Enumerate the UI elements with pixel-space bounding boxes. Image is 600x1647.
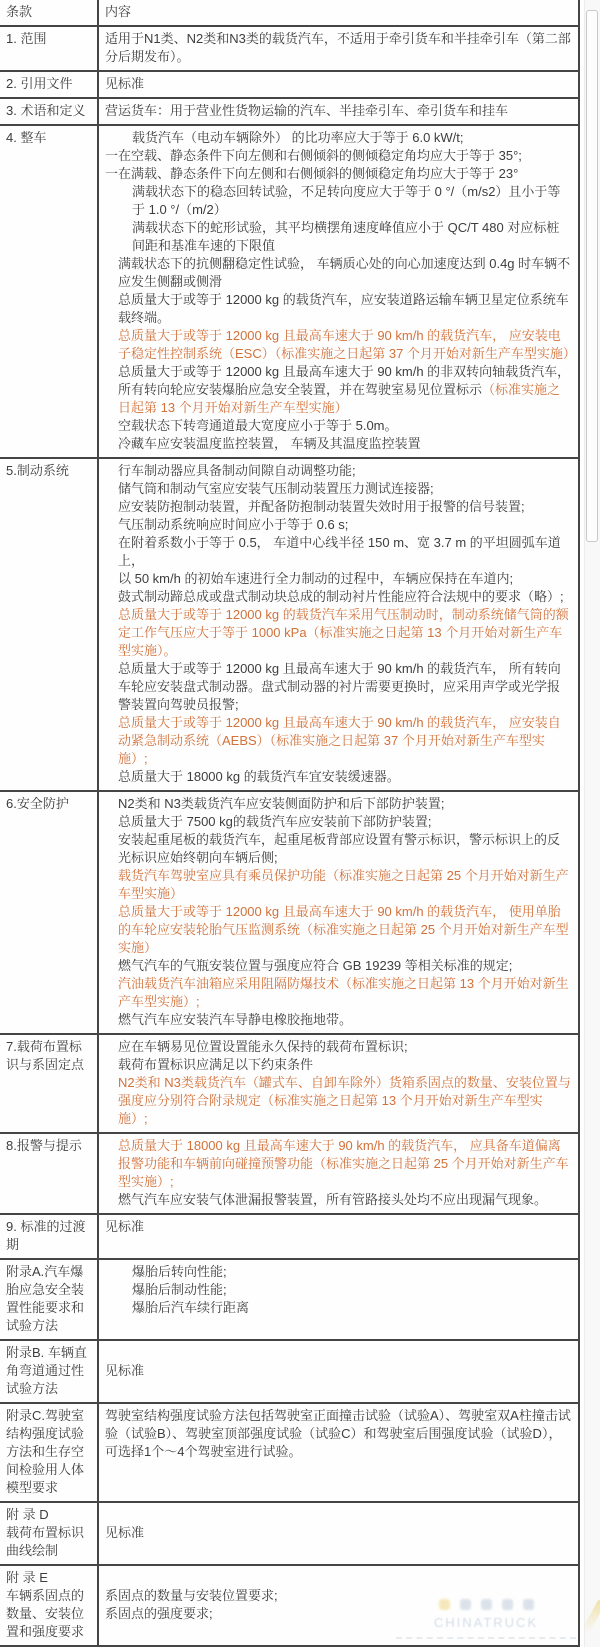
content-line: 驾驶室结构强度试验方法包括驾驶室正面撞击试验（试验A）、驾驶室双A柱撞击试验（试… [105,1407,572,1461]
clause-line: 附 录 E [6,1569,91,1587]
text-segment: 见标准 [105,1363,144,1378]
content-line: 在附着系数小于等于 0.5， 车道中心线半径 150 m、宽 3.7 m 的平坦… [105,534,572,570]
text-segment: 燃气汽车应安装汽车导静电橡胶拖地带。 [118,1012,352,1027]
content-cell: 见标准 [98,1340,579,1403]
header-clause-cell: 条款 [0,0,98,26]
content-line: 鼓式制动蹄总成或盘式制动块总成的制动衬片性能应符合法规中的要求（略）; [105,588,572,606]
content-line: 冷藏车应安装温度监控装置， 车辆及其温度监控装置 [105,435,572,453]
content-line: 燃气汽车应安装汽车导静电橡胶拖地带。 [105,1011,572,1029]
content-line: 载货汽车驾驶室应具有乘员保护功能（标准实施之日起第 25 个月开始对新生产车型实… [105,867,572,903]
clause-line: 载荷布置标识曲线绘制 [6,1524,91,1560]
content-cell: 应在车辆易见位置设置能永久保持的载荷布置标识;载荷布置标识应满足以下约束条件N2… [98,1034,579,1133]
text-segment: 载货汽车驾驶室应具有乘员保护功能（标准实施之日起第 25 个月开始对新生产车型实… [118,868,569,901]
content-line: 总质量大于或等于 12000 kg 且最高车速大于 90 km/h 的载货汽车，… [105,327,572,363]
text-segment: 总质量大于或等于 12000 kg 且最高车速大于 90 km/h 的载货汽车，… [118,904,569,955]
content-line: 总质量大于或等于 12000 kg 的载货汽车采用气压制动时，制动系统储气筒的额… [105,606,572,660]
text-segment: 行车制动器应具备制动间隙自动调整功能; [118,463,356,478]
content-line: 总质量大于或等于 12000 kg 且最高车速大于 90 km/h 的载货汽车，… [105,903,572,957]
content-line: 总质量大于或等于 12000 kg 且最高车速大于 90 km/h 的非双转向轴… [105,363,572,417]
content-line: 见标准 [105,1524,572,1542]
clause-line: 附录B. 车辆直角弯道通过性试验方法 [6,1344,91,1398]
table-row: 2. 引用文件见标准 [0,71,579,98]
clause-line: 9. 标准的过渡期 [6,1218,91,1254]
text-segment: 载荷布置标识应满足以下约束条件 [118,1057,313,1072]
content-cell: 适用于N1类、N2类和N3类的载货汽车，不适用于牵引货车和半挂牵引车（第二部分后… [98,26,579,71]
content-line: 载货汽车（电动车辆除外） 的比功率应大于等于 6.0 kW/t; [105,129,572,147]
content-line: 系固点的强度要求; [105,1605,572,1623]
content-line: 安装起重尾板的载货汽车，起重尾板背部应设置有警示标识，警示标识上的反光标识应始终… [105,831,572,867]
content-line: 总质量大于或等于 12000 kg 且最高车速大于 90 km/h 的载货汽车，… [105,660,572,714]
content-cell: 总质量大于 18000 kg 且最高车速大于 90 km/h 的载货汽车， 应具… [98,1133,579,1214]
clause-cell: 1. 范围 [0,26,98,71]
clause-line: 车辆系固点的数量、安装位置和强度要求 [6,1587,91,1641]
clause-line: 附录C.驾驶室结构强度试验方法和生存空间检验用人体模型要求 [6,1407,91,1497]
content-cell: 见标准 [98,1214,579,1259]
text-segment: 总质量大于 7500 kg的载货汽车应安装前下部防护装置; [118,814,432,829]
content-line: 应安装防抱制动装置，并配备防抱制动装置失效时用于报警的信号装置; [105,498,572,516]
text-segment: 系固点的强度要求; [105,1606,213,1621]
content-line: 适用于N1类、N2类和N3类的载货汽车，不适用于牵引货车和半挂牵引车（第二部分后… [105,30,572,66]
text-segment: 见标准 [105,1525,144,1540]
clause-line: 3. 术语和定义 [6,102,91,120]
content-cell: 见标准 [98,1502,579,1565]
text-segment: 空载状态下转弯通道最大宽度应小于等于 5.0m。 [118,418,398,433]
table-row: 附录B. 车辆直角弯道通过性试验方法见标准 [0,1340,579,1403]
content-line: 满载状态下的稳态回转试验，不足转向度应大于等于 0 °/（m/s2）且小于等于 … [105,183,572,219]
text-segment: 鼓式制动蹄总成或盘式制动块总成的制动衬片性能应符合法规中的要求（略）; [118,589,564,604]
table-row: 8.报警与提示总质量大于 18000 kg 且最高车速大于 90 km/h 的载… [0,1133,579,1214]
table-row: 5.制动系统行车制动器应具备制动间隙自动调整功能;储气筒和制动气室应安装气压制动… [0,458,579,791]
content-line: 一在满载、静态条件下向左侧和右侧倾斜的侧倾稳定角均应大于等于 23° [105,165,572,183]
content-cell: 营运货车：用于营业性货物运输的汽车、半挂牵引车、牵引货车和挂车 [98,98,579,125]
content-line: 燃气汽车的气瓶安装位置与强度应符合 GB 19239 等相关标准的规定; [105,957,572,975]
content-line: 见标准 [105,1218,572,1236]
content-cell: 行车制动器应具备制动间隙自动调整功能;储气筒和制动气室应安装气压制动装置压力测试… [98,458,579,791]
content-line: 系固点的数量与安装位置要求; [105,1587,572,1605]
text-segment: 系固点的数量与安装位置要求; [105,1588,278,1603]
text-segment: 汽油载货汽车油箱应采用阻隔防爆技术（标准实施之日起第 13 个月开始对新生产车型… [118,976,569,1009]
text-segment: 适用于N1类、N2类和N3类的载货汽车，不适用于牵引货车和半挂牵引车（第二部分后… [105,31,571,64]
content-cell: 驾驶室结构强度试验方法包括驾驶室正面撞击试验（试验A）、驾驶室双A柱撞击试验（试… [98,1403,579,1502]
content-cell: N2类和 N3类载货汽车应安装侧面防护和后下部防护装置;总质量大于 7500 k… [98,791,579,1034]
clause-cell: 5.制动系统 [0,458,98,791]
text-segment: 满载状态下的抗侧翻稳定性试验， 车辆质心处的向心加速度达到 0.4g 时车辆不应… [118,256,570,289]
text-segment: 安装起重尾板的载货汽车，起重尾板背部应设置有警示标识，警示标识上的反光标识应始终… [118,832,560,865]
text-segment: 总质量大于或等于 12000 kg 的载货汽车采用气压制动时，制动系统储气筒的额… [118,607,569,658]
content-line: 空载状态下转弯通道最大宽度应小于等于 5.0m。 [105,417,572,435]
content-line: 应在车辆易见位置设置能永久保持的载荷布置标识; [105,1038,572,1056]
content-line: 总质量大于 18000 kg 且最高车速大于 90 km/h 的载货汽车， 应具… [105,1137,572,1191]
content-cell: 载货汽车（电动车辆除外） 的比功率应大于等于 6.0 kW/t;一在空载、静态条… [98,125,579,458]
content-line: 爆胎后制动性能; [105,1281,572,1299]
clause-cell: 附录B. 车辆直角弯道通过性试验方法 [0,1340,98,1403]
text-segment: 爆胎后转向性能; [132,1264,227,1279]
text-segment: 应在车辆易见位置设置能永久保持的载荷布置标识; [118,1039,408,1054]
spec-table: 条款 内容 1. 范围适用于N1类、N2类和N3类的载货汽车，不适用于牵引货车和… [0,0,580,1647]
content-line: 爆胎后汽车续行距离 [105,1299,572,1317]
content-line: 见标准 [105,1362,572,1380]
text-segment: N2类和 N3类载货汽车应安装侧面防护和后下部防护装置; [118,796,444,811]
table-row: 附录A.汽车爆胎应急安全装置性能要求和试验方法爆胎后转向性能;爆胎后制动性能;爆… [0,1259,579,1340]
content-line: 爆胎后转向性能; [105,1263,572,1281]
clause-cell: 2. 引用文件 [0,71,98,98]
text-segment: 冷藏车应安装温度监控装置， 车辆及其温度监控装置 [118,436,421,451]
clause-line: 7.载荷布置标识与系固定点 [6,1038,91,1074]
content-line: N2类和 N3类载货汽车（罐式车、自卸车除外）货箱系固点的数量、安装位置与强度应… [105,1074,572,1128]
content-line: 满载状态下的抗侧翻稳定性试验， 车辆质心处的向心加速度达到 0.4g 时车辆不应… [105,255,572,291]
content-cell: 系固点的数量与安装位置要求;系固点的强度要求; [98,1565,579,1646]
clause-cell: 6.安全防护 [0,791,98,1034]
clause-cell: 8.报警与提示 [0,1133,98,1214]
text-segment: 总质量大于或等于 12000 kg 且最高车速大于 90 km/h 的载货汽车，… [118,715,561,766]
content-line: 一在空载、静态条件下向左侧和右侧倾斜的侧倾稳定角均应大于等于 35°; [105,147,572,165]
content-line: 总质量大于 18000 kg 的载货汽车宜安装缓速器。 [105,768,572,786]
content-line: 满载状态下的蛇形试验，其平均横摆角速度峰值应小于 QC/T 480 对应标桩间距… [105,219,572,255]
clause-cell: 附录C.驾驶室结构强度试验方法和生存空间检验用人体模型要求 [0,1403,98,1502]
clause-cell: 4. 整车 [0,125,98,458]
clause-line: 6.安全防护 [6,795,91,813]
text-segment: 爆胎后汽车续行距离 [132,1300,249,1315]
clause-cell: 附录A.汽车爆胎应急安全装置性能要求和试验方法 [0,1259,98,1340]
clause-line: 4. 整车 [6,129,91,147]
content-line: 载荷布置标识应满足以下约束条件 [105,1056,572,1074]
content-line: 总质量大于或等于 12000 kg 的载货汽车，应安装道路运输车辆卫星定位系统车… [105,291,572,327]
text-segment: 满载状态下的稳态回转试验，不足转向度应大于等于 0 °/（m/s2）且小于等于 … [132,184,560,217]
table-header-row: 条款 内容 [0,0,579,26]
table-row: 附录C.驾驶室结构强度试验方法和生存空间检验用人体模型要求驾驶室结构强度试验方法… [0,1403,579,1502]
clause-line: 5.制动系统 [6,462,91,480]
content-line: 总质量大于 7500 kg的载货汽车应安装前下部防护装置; [105,813,572,831]
content-line: 见标准 [105,75,572,93]
content-cell: 见标准 [98,71,579,98]
text-segment: 见标准 [105,1219,144,1234]
text-segment: 爆胎后制动性能; [132,1282,227,1297]
text-segment: 满载状态下的蛇形试验，其平均横摆角速度峰值应小于 QC/T 480 对应标桩间距… [132,220,559,253]
clause-line: 8.报警与提示 [6,1137,91,1155]
text-segment: 燃气汽车应安装气体泄漏报警装置，所有管路接头处均不应出现漏气现象。 [118,1192,547,1207]
content-cell: 爆胎后转向性能;爆胎后制动性能;爆胎后汽车续行距离 [98,1259,579,1340]
text-segment: 驾驶室结构强度试验方法包括驾驶室正面撞击试验（试验A）、驾驶室双A柱撞击试验（试… [105,1408,571,1459]
text-segment: 燃气汽车的气瓶安装位置与强度应符合 GB 19239 等相关标准的规定; [118,958,512,973]
clause-line: 附 录 D [6,1506,91,1524]
clause-cell: 3. 术语和定义 [0,98,98,125]
content-line: 储气筒和制动气室应安装气压制动装置压力测试连接器; [105,480,572,498]
content-line: 燃气汽车应安装气体泄漏报警装置，所有管路接头处均不应出现漏气现象。 [105,1191,572,1209]
clause-line: 附录A.汽车爆胎应急安全装置性能要求和试验方法 [6,1263,91,1335]
table-row: 4. 整车载货汽车（电动车辆除外） 的比功率应大于等于 6.0 kW/t;一在空… [0,125,579,458]
scrollbar-track[interactable] [584,0,600,1647]
table-row: 1. 范围适用于N1类、N2类和N3类的载货汽车，不适用于牵引货车和半挂牵引车（… [0,26,579,71]
content-line: 以 50 km/h 的初始车速进行全力制动的过程中，车辆应保持在车道内; [105,570,572,588]
text-segment: 一在空载、静态条件下向左侧和右侧倾斜的侧倾稳定角均应大于等于 35°; [105,148,522,163]
text-segment: 应安装防抱制动装置，并配备防抱制动装置失效时用于报警的信号装置; [118,499,525,514]
table-row: 附 录 D载荷布置标识曲线绘制见标准 [0,1502,579,1565]
clause-cell: 附 录 E车辆系固点的数量、安装位置和强度要求 [0,1565,98,1646]
document-page: 条款 内容 1. 范围适用于N1类、N2类和N3类的载货汽车，不适用于牵引货车和… [0,0,600,1647]
content-line: N2类和 N3类载货汽车应安装侧面防护和后下部防护装置; [105,795,572,813]
text-segment: 载货汽车（电动车辆除外） 的比功率应大于等于 6.0 kW/t; [132,130,464,145]
scrollbar-thumb[interactable] [586,10,598,542]
content-line: 汽油载货汽车油箱应采用阻隔防爆技术（标准实施之日起第 13 个月开始对新生产车型… [105,975,572,1011]
header-content-cell: 内容 [98,0,579,26]
text-segment: 总质量大于或等于 12000 kg 且最高车速大于 90 km/h 的载货汽车，… [118,661,561,712]
content-line: 营运货车：用于营业性货物运输的汽车、半挂牵引车、牵引货车和挂车 [105,102,572,120]
clause-cell: 7.载荷布置标识与系固定点 [0,1034,98,1133]
text-segment: 一在满载、静态条件下向左侧和右侧倾斜的侧倾稳定角均应大于等于 23° [105,166,518,181]
table-row: 7.载荷布置标识与系固定点应在车辆易见位置设置能永久保持的载荷布置标识;载荷布置… [0,1034,579,1133]
table-row: 9. 标准的过渡期见标准 [0,1214,579,1259]
text-segment: 总质量大于或等于 12000 kg 且最高车速大于 90 km/h 的载货汽车，… [118,328,576,361]
text-segment: 见标准 [105,76,144,91]
text-segment: 总质量大于或等于 12000 kg 的载货汽车，应安装道路运输车辆卫星定位系统车… [118,292,569,325]
clause-cell: 9. 标准的过渡期 [0,1214,98,1259]
clause-line: 2. 引用文件 [6,75,91,93]
content-line: 总质量大于或等于 12000 kg 且最高车速大于 90 km/h 的载货汽车，… [105,714,572,768]
text-segment: 气压制动系统响应时间应小于等于 0.6 s; [118,517,348,532]
text-segment: 总质量大于 18000 kg 且最高车速大于 90 km/h 的载货汽车， 应具… [118,1138,569,1189]
clause-cell: 附 录 D载荷布置标识曲线绘制 [0,1502,98,1565]
text-segment: N2类和 N3类载货汽车（罐式车、自卸车除外）货箱系固点的数量、安装位置与强度应… [118,1075,571,1126]
table-row: 3. 术语和定义营运货车：用于营业性货物运输的汽车、半挂牵引车、牵引货车和挂车 [0,98,579,125]
text-segment: 储气筒和制动气室应安装气压制动装置压力测试连接器; [118,481,434,496]
content-line: 行车制动器应具备制动间隙自动调整功能; [105,462,572,480]
text-segment: 营运货车：用于营业性货物运输的汽车、半挂牵引车、牵引货车和挂车 [105,103,508,118]
text-segment: 在附着系数小于等于 0.5， 车道中心线半径 150 m、宽 3.7 m 的平坦… [118,535,561,568]
table-row: 附 录 E车辆系固点的数量、安装位置和强度要求系固点的数量与安装位置要求;系固点… [0,1565,579,1646]
content-line: 气压制动系统响应时间应小于等于 0.6 s; [105,516,572,534]
text-segment: 以 50 km/h 的初始车速进行全力制动的过程中，车辆应保持在车道内; [118,571,513,586]
table-row: 6.安全防护N2类和 N3类载货汽车应安装侧面防护和后下部防护装置;总质量大于 … [0,791,579,1034]
clause-line: 1. 范围 [6,30,91,48]
text-segment: 总质量大于 18000 kg 的载货汽车宜安装缓速器。 [118,769,400,784]
